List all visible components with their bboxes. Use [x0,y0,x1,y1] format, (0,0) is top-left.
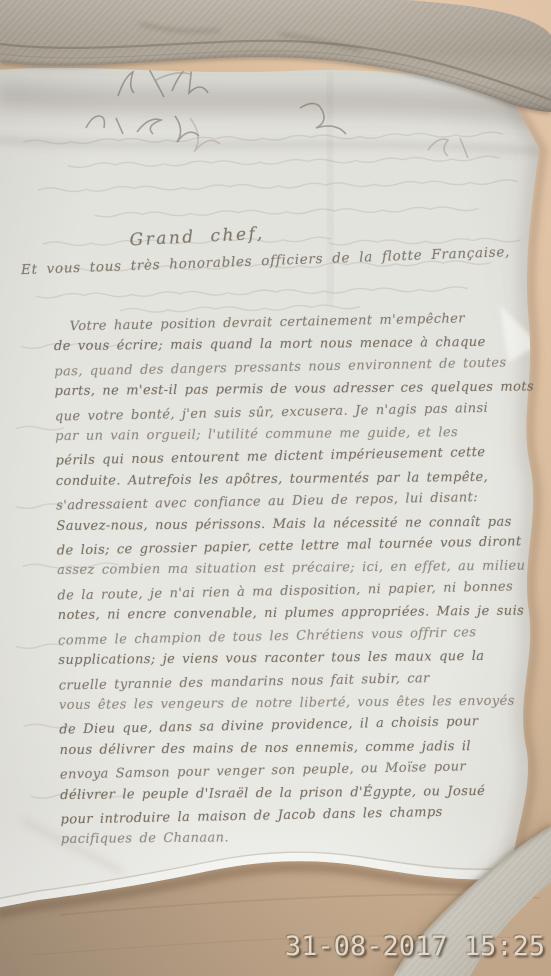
scene-graphics [0,0,551,976]
camera-timestamp: 31-08-2017 15:25 [285,931,545,962]
photo-scene: Grand chef, Et vous tous très honorables… [0,0,551,976]
manuscript-paper [0,65,551,908]
